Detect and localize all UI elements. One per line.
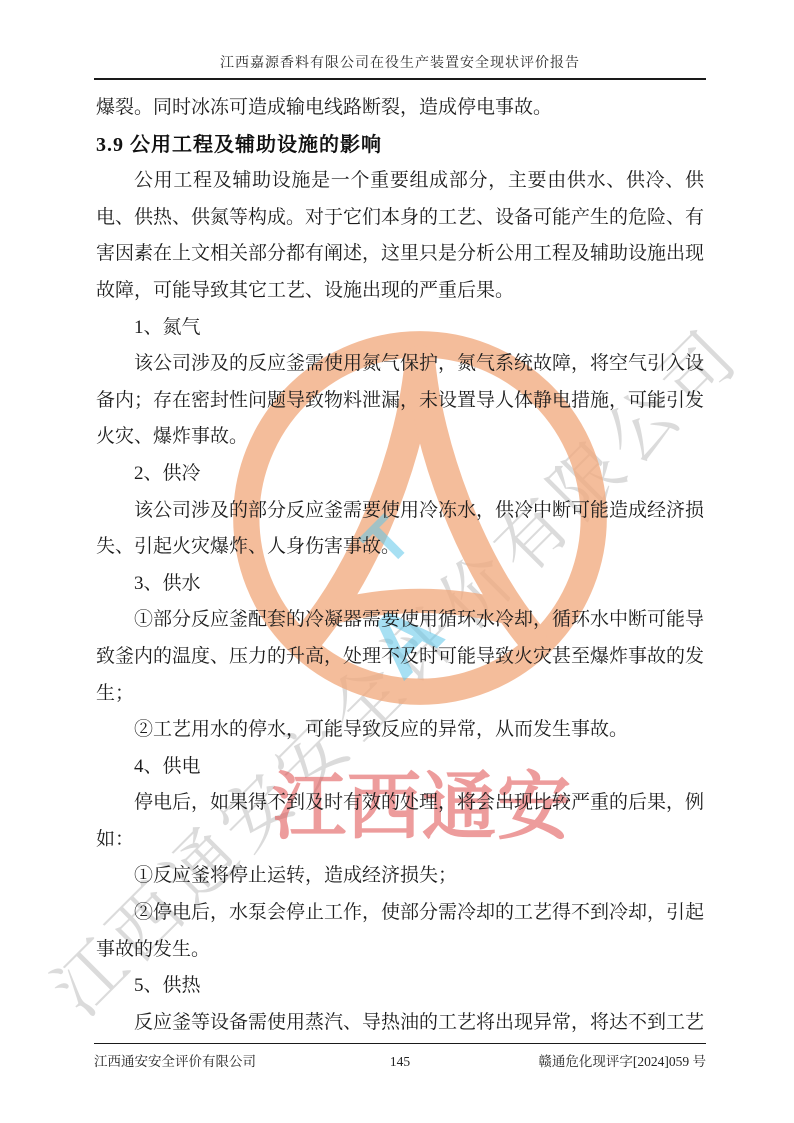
list-item-heading: 2、供冷 <box>96 456 704 493</box>
paragraph: 该公司涉及的反应釜需使用氮气保护，氮气系统故障，将空气引入设备内；存在密封性问题… <box>96 346 704 456</box>
paragraph: 停电后，如果得不到及时有效的处理，将会出现比较严重的后果，例如： <box>96 785 704 858</box>
section-heading: 3.9 公用工程及辅助设施的影响 <box>96 127 704 164</box>
paragraph: 公用工程及辅助设施是一个重要组成部分，主要由供水、供冷、供电、供热、供氮等构成。… <box>96 163 704 309</box>
paragraph: 该公司涉及的部分反应釜需要使用冷冻水，供冷中断可能造成经济损失、引起火灾爆炸、人… <box>96 493 704 566</box>
paragraph: 爆裂。同时冰冻可造成输电线路断裂，造成停电事故。 <box>96 90 704 127</box>
paragraph: 反应釜等设备需使用蒸汽、导热油的工艺将出现异常，将达不到工艺 <box>96 1005 704 1042</box>
document-body: 江西嘉源香料有限公司在役生产装置安全现状评价报告 爆裂。同时冰冻可造成输电线路断… <box>0 0 794 1041</box>
paragraph: ②停电后，水泵会停止工作，使部分需冷却的工艺得不到冷却，引起事故的发生。 <box>96 895 704 968</box>
list-item-heading: 3、供水 <box>96 566 704 603</box>
footer-page-number: 145 <box>390 1054 410 1070</box>
report-title: 江西嘉源香料有限公司在役生产装置安全现状评价报告 <box>94 52 706 78</box>
paragraph: ②工艺用水的停水，可能导致反应的异常，从而发生事故。 <box>96 712 704 749</box>
paragraph: ①部分反应釜配套的冷凝器需要使用循环水冷却，循环水中断可能导致釜内的温度、压力的… <box>96 602 704 712</box>
paragraph: ①反应釜将停止运转，造成经济损失； <box>96 858 704 895</box>
page-header: 江西嘉源香料有限公司在役生产装置安全现状评价报告 <box>94 0 706 80</box>
footer-doc-number: 赣通危化现评字[2024]059 号 <box>410 1050 706 1070</box>
footer-company: 江西通安安全评价有限公司 <box>94 1050 390 1070</box>
main-text: 爆裂。同时冰冻可造成输电线路断裂，造成停电事故。 3.9 公用工程及辅助设施的影… <box>96 80 704 1041</box>
list-item-heading: 5、供热 <box>96 968 704 1005</box>
list-item-heading: 1、氮气 <box>96 310 704 347</box>
report-page: 江西通安安全评价有限公司 T A 江西通安 江西嘉源香料有限公司在役生产装置安全… <box>0 0 794 1123</box>
page-footer: 江西通安安全评价有限公司 145 赣通危化现评字[2024]059 号 <box>94 1043 706 1070</box>
list-item-heading: 4、供电 <box>96 749 704 786</box>
